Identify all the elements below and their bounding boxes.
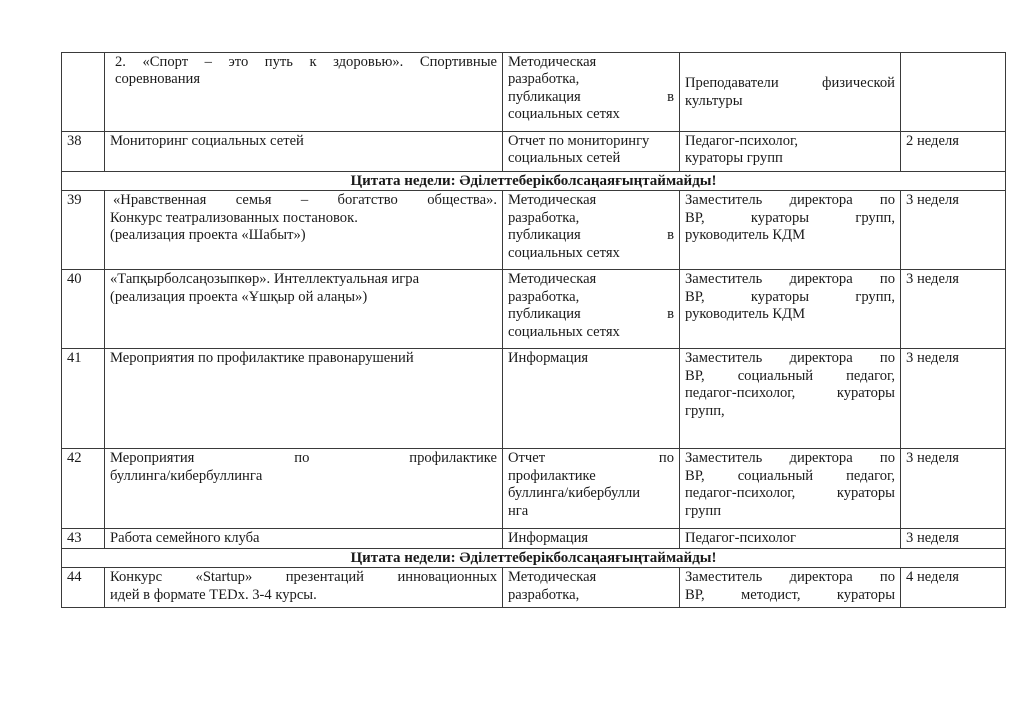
form-line: социальных сетях — [508, 245, 674, 262]
responsible-line: Заместитель директора по — [685, 350, 895, 367]
table-row-continuation: 2. «Спорт – это путь к здоровью». Спорти… — [62, 53, 1006, 132]
events-plan-table: 2. «Спорт – это путь к здоровью». Спорти… — [61, 52, 1006, 608]
cell-form: Отчет по мониторингу социальных сетей — [503, 132, 680, 172]
form-line: Методическая — [508, 192, 674, 209]
event-line: 2. «Спорт – это путь к здоровью». Спорти… — [115, 54, 497, 71]
cell-deadline: 2 неделя — [901, 132, 1006, 172]
event-line: «Нравственная семья – богатство общества… — [110, 192, 497, 209]
responsible-line: ВР, социальный педагог, — [685, 468, 895, 485]
responsible-line: Заместитель директора по — [685, 192, 895, 209]
cell-event: «Нравственная семья – богатство общества… — [105, 191, 503, 270]
form-line: публикация в — [508, 306, 674, 323]
event-line: соревнования — [115, 71, 497, 88]
cell-form: Методическая разработка, — [503, 568, 680, 608]
cell-deadline — [901, 53, 1006, 132]
cell-number: 38 — [62, 132, 105, 172]
cell-responsible: Заместитель директора по ВР, социальный … — [680, 449, 901, 529]
event-line: идей в формате TEDx. 3-4 курсы. — [110, 587, 497, 604]
cell-deadline: 3 неделя — [901, 270, 1006, 349]
cell-responsible: Заместитель директора по ВР, кураторы гр… — [680, 191, 901, 270]
cell-number: 42 — [62, 449, 105, 529]
cell-form: Информация — [503, 529, 680, 548]
form-line: социальных сетей — [508, 150, 674, 167]
table-row: 44 Конкурс «Startup» презентаций инновац… — [62, 568, 1006, 608]
cell-deadline: 3 неделя — [901, 449, 1006, 529]
cell-number: 43 — [62, 529, 105, 548]
cell-responsible: Заместитель директора по ВР, социальный … — [680, 349, 901, 449]
document-page: 2. «Спорт – это путь к здоровью». Спорти… — [0, 0, 1024, 724]
cell-deadline: 3 неделя — [901, 529, 1006, 548]
event-line: буллинга/кибербуллинга — [110, 468, 497, 485]
responsible-line: руководитель КДМ — [685, 306, 895, 323]
cell-event: Мероприятия по профилактике буллинга/киб… — [105, 449, 503, 529]
form-line: публикация в — [508, 89, 674, 106]
event-line: Конкурс театрализованных постановок. — [110, 210, 497, 227]
responsible-line: ВР, кураторы групп, — [685, 289, 895, 306]
cell-event: Мероприятия по профилактике правонарушен… — [105, 349, 503, 449]
responsible-line: Заместитель директора по — [685, 450, 895, 467]
table-row: 43 Работа семейного клуба Информация Пед… — [62, 529, 1006, 548]
responsible-line: педагог-психолог, кураторы — [685, 485, 895, 502]
responsible-line: кураторы групп — [685, 150, 895, 167]
table-row: 40 «Тапқырболсаңозыпкөр». Интеллектуальн… — [62, 270, 1006, 349]
responsible-line: ВР, кураторы групп, — [685, 210, 895, 227]
cell-responsible: Педагог-психолог, кураторы групп — [680, 132, 901, 172]
form-line: разработка, — [508, 289, 674, 306]
responsible-line: ВР, методист, кураторы — [685, 587, 895, 604]
cell-responsible: Преподаватели физической культуры — [680, 53, 901, 132]
cell-event: Мониторинг социальных сетей — [105, 132, 503, 172]
form-line: Методическая — [508, 54, 674, 71]
cell-event: Конкурс «Startup» презентаций инновацион… — [105, 568, 503, 608]
cell-event: 2. «Спорт – это путь к здоровью». Спорти… — [105, 53, 503, 132]
cell-number: 40 — [62, 270, 105, 349]
cell-number: 39 — [62, 191, 105, 270]
table-row: 42 Мероприятия по профилактике буллинга/… — [62, 449, 1006, 529]
responsible-line: групп — [685, 503, 895, 520]
quote-of-the-week: Цитата недели: Әділеттеберікболсаңаяғыңт… — [62, 548, 1006, 567]
form-line: публикация в — [508, 227, 674, 244]
responsible-line: ВР, социальный педагог, — [685, 368, 895, 385]
form-line: Методическая — [508, 569, 674, 586]
cell-event: «Тапқырболсаңозыпкөр». Интеллектуальная … — [105, 270, 503, 349]
form-line: разработка, — [508, 587, 674, 604]
table-row: 39 «Нравственная семья – богатство общес… — [62, 191, 1006, 270]
quote-of-the-week: Цитата недели: Әділеттеберікболсаңаяғыңт… — [62, 172, 1006, 191]
event-line: «Тапқырболсаңозыпкөр». Интеллектуальная … — [110, 271, 497, 288]
quote-row: Цитата недели: Әділеттеберікболсаңаяғыңт… — [62, 172, 1006, 191]
responsible-line: Заместитель директора по — [685, 271, 895, 288]
responsible-line: руководитель КДМ — [685, 227, 895, 244]
event-line: Конкурс «Startup» презентаций инновацион… — [110, 569, 497, 586]
form-line: Информация — [508, 350, 674, 367]
cell-responsible: Заместитель директора по ВР, кураторы гр… — [680, 270, 901, 349]
table-row: 38 Мониторинг социальных сетей Отчет по … — [62, 132, 1006, 172]
form-line: Методическая — [508, 271, 674, 288]
responsible-line: групп, — [685, 403, 895, 420]
cell-deadline: 4 неделя — [901, 568, 1006, 608]
responsible-line: Педагог-психолог, — [685, 133, 895, 150]
event-line: (реализация проекта «Шабыт») — [110, 227, 497, 244]
responsible-line: Заместитель директора по — [685, 569, 895, 586]
form-line: Отчет по мониторингу — [508, 133, 674, 150]
form-line: разработка, — [508, 210, 674, 227]
cell-number: 44 — [62, 568, 105, 608]
responsible-line: педагог-психолог, кураторы — [685, 385, 895, 402]
cell-deadline: 3 неделя — [901, 191, 1006, 270]
form-line: социальных сетях — [508, 324, 674, 341]
cell-form: Отчет по профилактике буллинга/кибербулл… — [503, 449, 680, 529]
form-line: разработка, — [508, 71, 674, 88]
cell-form: Методическая разработка, публикация в со… — [503, 191, 680, 270]
form-line: Отчет по — [508, 450, 674, 467]
form-line: профилактике — [508, 468, 674, 485]
form-line: буллинга/кибербулли — [508, 485, 674, 502]
cell-responsible: Педагог-психолог — [680, 529, 901, 548]
cell-form: Методическая разработка, публикация в со… — [503, 53, 680, 132]
table-row: 41 Мероприятия по профилактике правонару… — [62, 349, 1006, 449]
cell-form: Методическая разработка, публикация в со… — [503, 270, 680, 349]
event-line: (реализация проекта «Ұшқыр ой алаңы») — [110, 289, 497, 306]
cell-number — [62, 53, 105, 132]
form-line: нга — [508, 503, 674, 520]
cell-event: Работа семейного клуба — [105, 529, 503, 548]
quote-row: Цитата недели: Әділеттеберікболсаңаяғыңт… — [62, 548, 1006, 567]
responsible-line: культуры — [685, 93, 895, 110]
cell-number: 41 — [62, 349, 105, 449]
responsible-line: Преподаватели физической — [685, 75, 895, 92]
cell-responsible: Заместитель директора по ВР, методист, к… — [680, 568, 901, 608]
cell-deadline: 3 неделя — [901, 349, 1006, 449]
form-line: социальных сетях — [508, 106, 674, 123]
event-line: Мероприятия по профилактике — [110, 450, 497, 467]
cell-form: Информация — [503, 349, 680, 449]
